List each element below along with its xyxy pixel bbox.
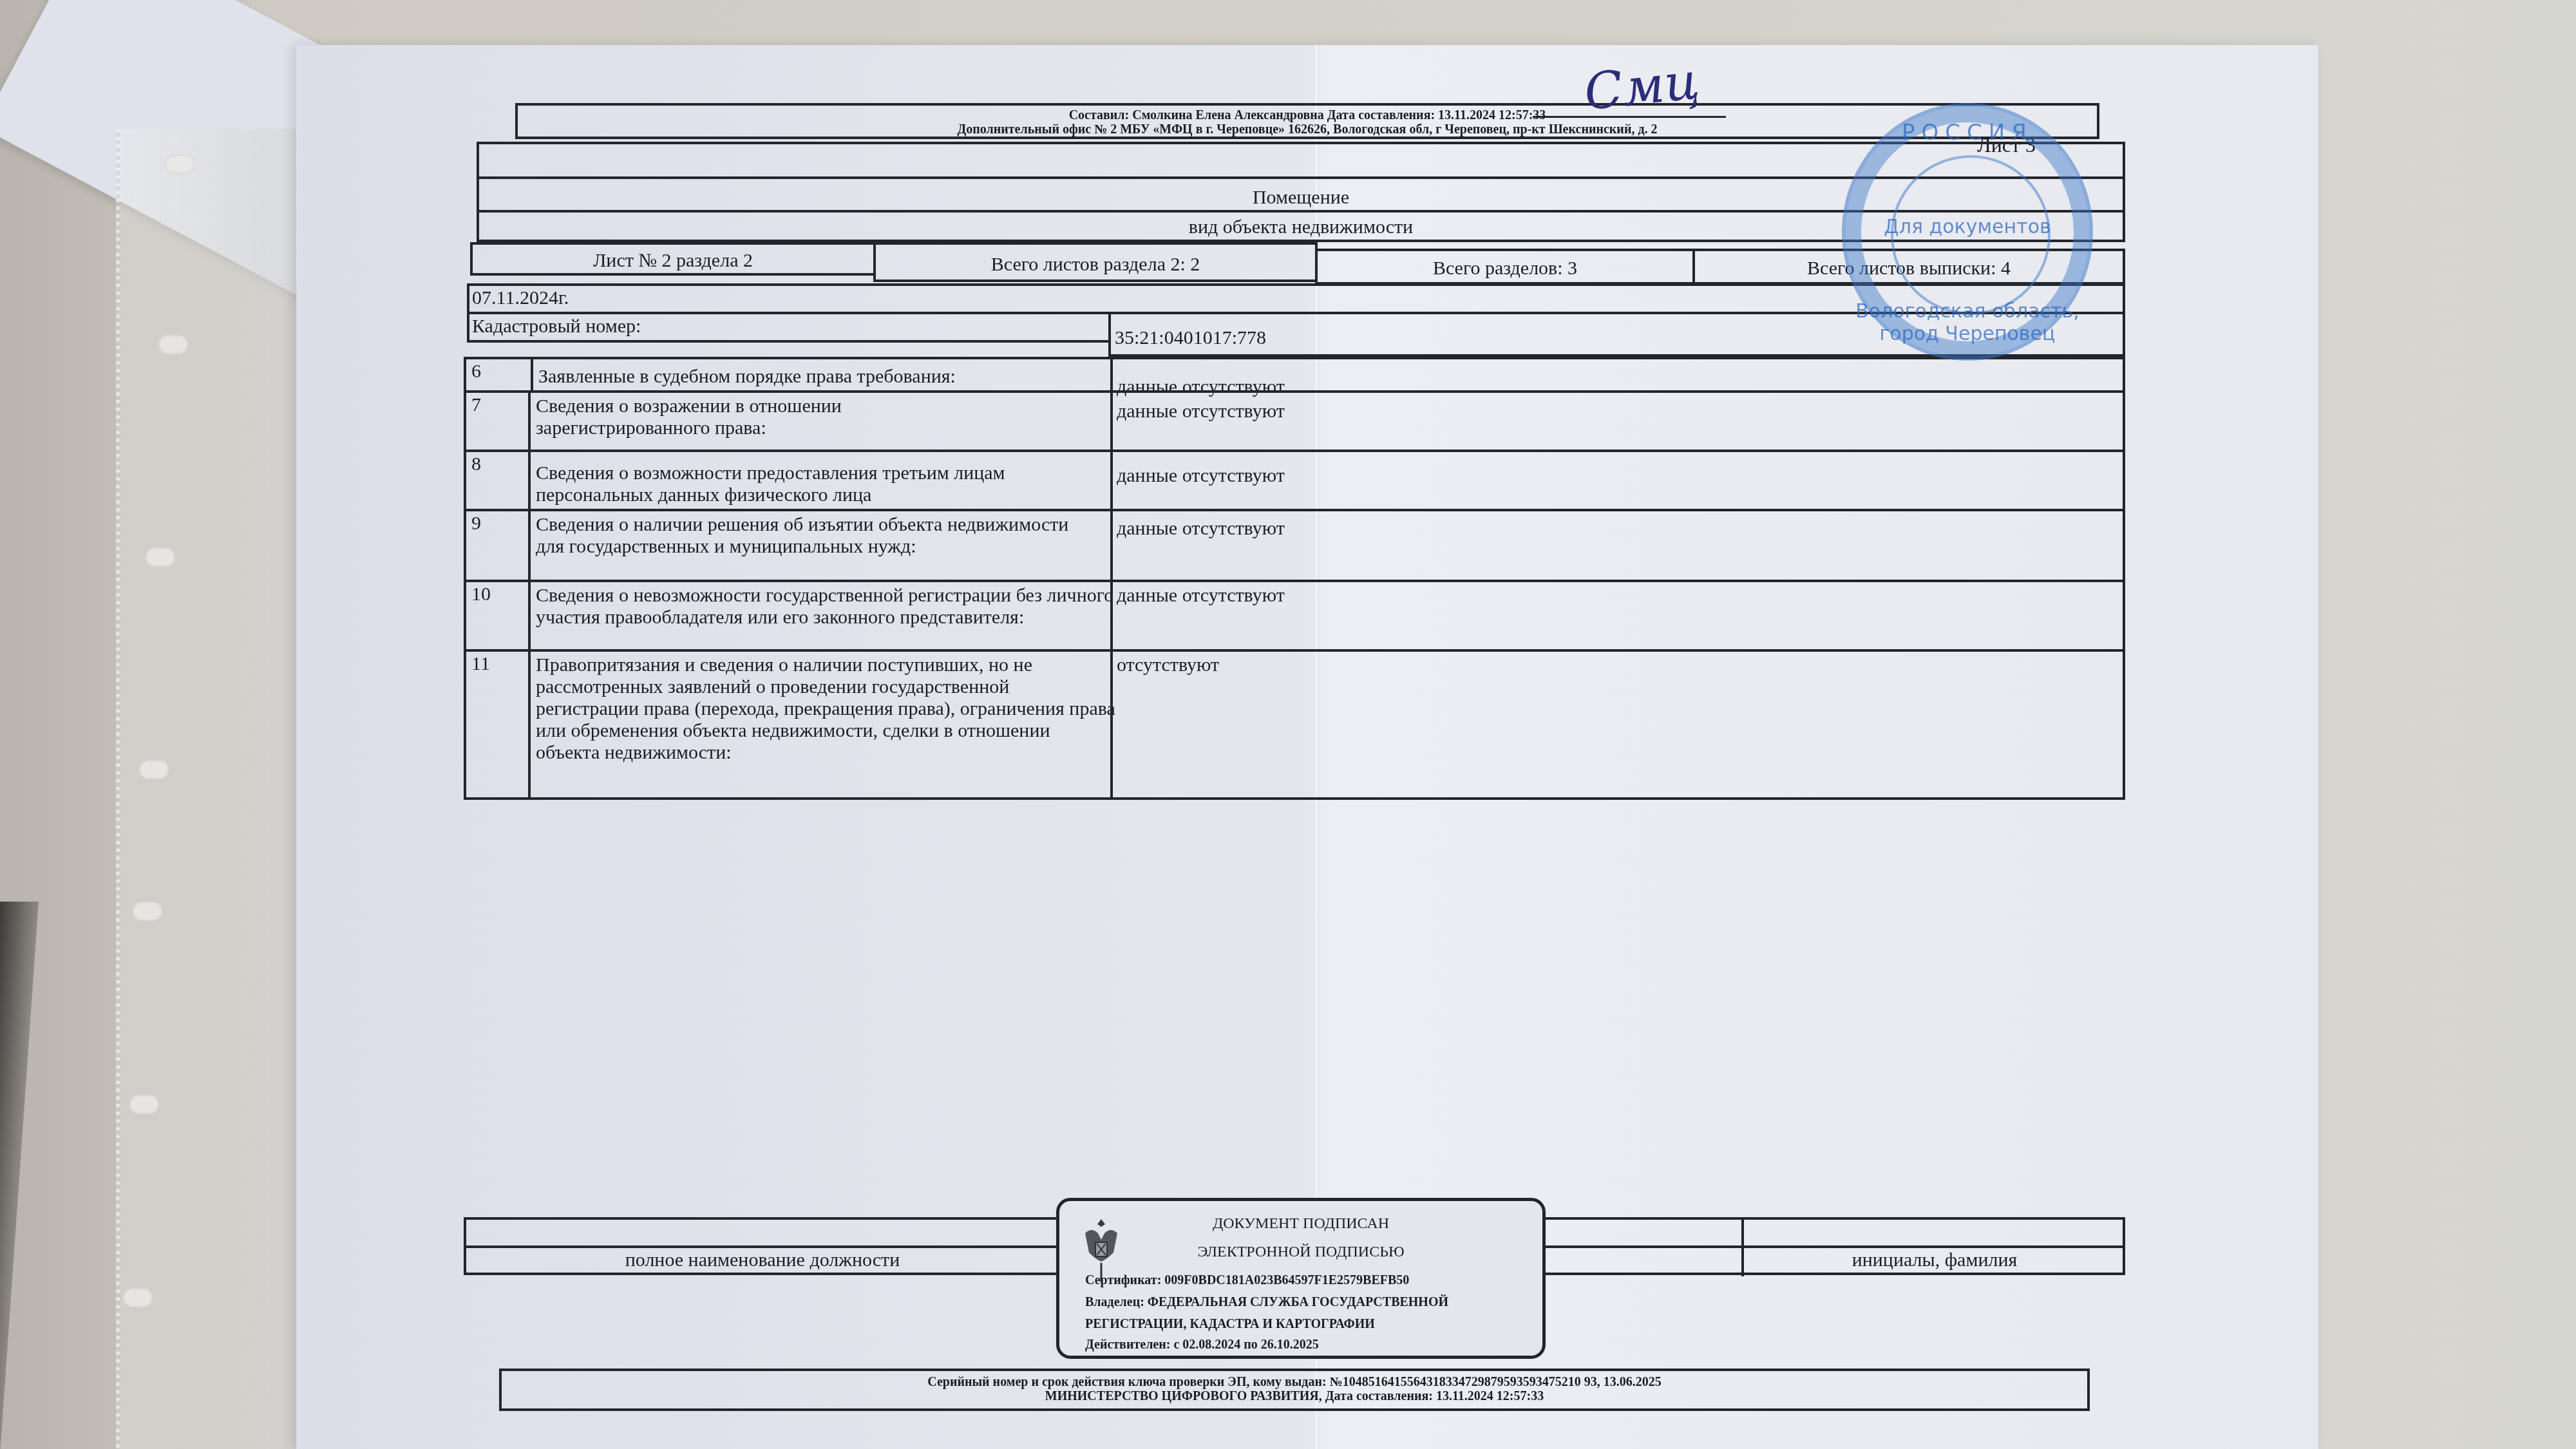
row-name: Сведения о наличии решения об изъятии об…: [536, 514, 1090, 558]
column-divider: [528, 580, 531, 652]
esig-owner-1: Владелец: ФЕДЕРАЛЬНАЯ СЛУЖБА ГОСУДАРСТВЕ…: [1085, 1295, 1448, 1310]
column-divider: [528, 390, 531, 452]
column-divider: [1110, 509, 1113, 582]
serial-line: Серийный номер и срок действия ключа про…: [502, 1371, 2087, 1389]
esig-title-2: ЭЛЕКТРОННОЙ ПОДПИСЬЮ: [1059, 1244, 1542, 1261]
extract-date: 07.11.2024г.: [472, 287, 569, 308]
column-divider: [531, 357, 533, 393]
column-divider: [1110, 357, 1113, 393]
row-value: отсутствуют: [1117, 654, 1219, 676]
serial-box: Серийный номер и срок действия ключа про…: [499, 1368, 2090, 1411]
ministry-line: МИНИСТЕРСТВО ЦИФРОВОГО РАЗВИТИЯ, Дата со…: [502, 1389, 2087, 1403]
row-number: 6: [471, 361, 481, 383]
punch-hole: [158, 335, 188, 354]
desk-shadow: [0, 902, 39, 1449]
column-divider: [528, 509, 531, 582]
row-value: данные отсутствуют: [1117, 518, 1285, 540]
cadastral-label: Кадастровый номер:: [467, 312, 1111, 343]
row-number: 7: [471, 394, 481, 416]
column-divider: [1110, 390, 1113, 452]
punch-hole: [139, 760, 169, 779]
table-row: 8 Сведения о возможности предоставления …: [464, 450, 2125, 511]
esig-certificate: Сертификат: 009F0BDC181A023B64597F1E2579…: [1085, 1273, 1409, 1288]
column-divider: [528, 649, 531, 800]
row-value: данные отсутствуют: [1117, 465, 1285, 487]
document-page: Составил: Смолкина Елена Александровна Д…: [296, 45, 2318, 1449]
row-value: данные отсутствуют: [1117, 585, 1285, 607]
row-name: Сведения о возможности предоставления тр…: [536, 462, 1115, 506]
plastic-sleeve-edge: [116, 129, 313, 1449]
column-divider: [528, 450, 531, 511]
row-number: 8: [471, 453, 481, 475]
row-name: Заявленные в судебном порядке права треб…: [538, 366, 1105, 388]
total-sheets-section: Всего листов раздела 2: 2: [873, 242, 1318, 282]
handwritten-signature: Смц: [1582, 52, 1702, 122]
row-number: 11: [471, 653, 490, 675]
column-divider: [1110, 580, 1113, 652]
sheet-of-section: Лист № 2 раздела 2: [470, 242, 876, 276]
esig-owner-2: РЕГИСТРАЦИИ, КАДАСТРА И КАРТОГРАФИИ: [1085, 1317, 1375, 1332]
punch-hole: [129, 1095, 159, 1114]
object-type-value: Помещение: [1253, 187, 1349, 208]
row-name: Правопритязания и сведения о наличии пос…: [536, 654, 1115, 764]
electronic-signature-stamp: ДОКУМЕНТ ПОДПИСАН ЭЛЕКТРОННОЙ ПОДПИСЬЮ С…: [1056, 1198, 1546, 1359]
row-number: 10: [471, 583, 491, 605]
esig-valid: Действителен: с 02.08.2024 по 26.10.2025: [1085, 1338, 1319, 1352]
stamp-center-text: Для документов: [1846, 216, 2089, 238]
stamp-top-text: РОССИЯ: [1846, 120, 2089, 146]
punch-hole: [133, 902, 162, 921]
column-divider: [1741, 1217, 1744, 1276]
object-type-caption: вид объекта недвижимости: [1189, 216, 1413, 238]
position-caption: полное наименование должности: [466, 1249, 1059, 1271]
stamp-outer-text: Вологодская область, город Череповец: [1846, 300, 2089, 345]
column-divider: [1110, 450, 1113, 511]
esig-title-1: ДОКУМЕНТ ПОДПИСАН: [1059, 1215, 1542, 1233]
punch-hole: [146, 547, 175, 567]
name-caption: инициалы, фамилия: [1748, 1249, 2121, 1271]
punch-hole: [165, 155, 194, 174]
row-name: Сведения о возражении в отношении зареги…: [536, 395, 987, 439]
row-number: 9: [471, 513, 481, 535]
table-row: 11 Правопритязания и сведения о наличии …: [464, 649, 2125, 800]
total-sections: Всего разделов: 3: [1315, 249, 1695, 285]
punch-hole: [123, 1288, 153, 1307]
column-divider: [1110, 649, 1113, 800]
cadastral-number: 35:21:0401017:778: [1115, 327, 1266, 349]
row-value: данные отсутствуют: [1117, 401, 1285, 422]
table-row: 10 Сведения о невозможности государствен…: [464, 580, 2125, 652]
office-stamp: РОССИЯ Для документов Вологодская област…: [1842, 103, 2093, 361]
table-row: 6 Заявленные в судебном порядке права тр…: [464, 357, 2125, 393]
table-row: 7 Сведения о возражении в отношении заре…: [464, 390, 2125, 452]
table-row: 9 Сведения о наличии решения об изъятии …: [464, 509, 2125, 582]
row-name: Сведения о невозможности государственной…: [536, 585, 1115, 629]
